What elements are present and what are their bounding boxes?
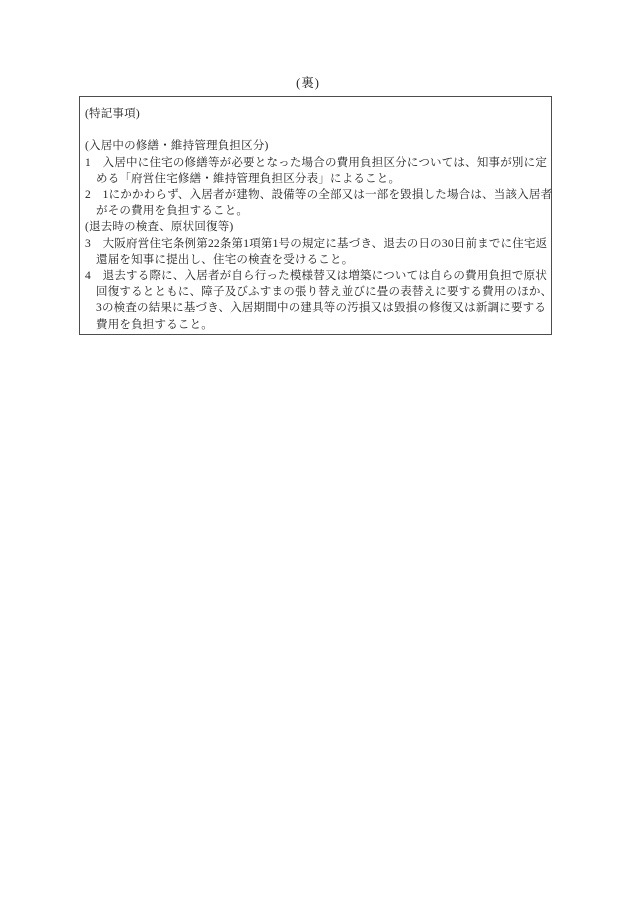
section-heading-moveout-inspection: (退去時の検査、原状回復等)	[85, 219, 545, 235]
item-4-line-2: 回復するとともに、障子及びふすまの張り替え並びに畳の表替えに要する費用のほか、	[85, 284, 545, 300]
page-side-label: (裏)	[79, 75, 537, 91]
item-2-line-1: 2 1にかかわらず、入居者が建物、設備等の全部又は一部を毀損した場合は、当該入居…	[85, 187, 545, 203]
blank-line	[85, 122, 545, 138]
item-3-line-2: 還届を知事に提出し、住宅の検査を受けること。	[85, 252, 545, 268]
special-notes-heading: (特記事項)	[85, 106, 545, 122]
item-3-line-1: 3 大阪府営住宅条例第22条第1項第1号の規定に基づき、退去の日の30日前までに…	[85, 236, 545, 252]
item-4-line-1: 4 退去する際に、入居者が自ら行った模様替又は増築については自らの費用負担で原状	[85, 268, 545, 284]
section-heading-repair-burden: (入居中の修繕・維持管理負担区分)	[85, 138, 545, 154]
document-page: (裏) (特記事項) (入居中の修繕・維持管理負担区分) 1 入居中に住宅の修繕…	[0, 0, 630, 903]
item-4-line-3: 3の検査の結果に基づき、入居期間中の建具等の汚損又は毀損の修復又は新調に要する	[85, 300, 545, 316]
item-4-line-4: 費用を負担すること。	[85, 317, 545, 333]
item-1-line-2: める「府営住宅修繕・維持管理負担区分表」によること。	[85, 171, 545, 187]
special-notes-box: (特記事項) (入居中の修繕・維持管理負担区分) 1 入居中に住宅の修繕等が必要…	[79, 96, 552, 335]
item-2-line-2: がその費用を負担すること。	[85, 203, 545, 219]
item-1-line-1: 1 入居中に住宅の修繕等が必要となった場合の費用負担区分については、知事が別に定	[85, 155, 545, 171]
